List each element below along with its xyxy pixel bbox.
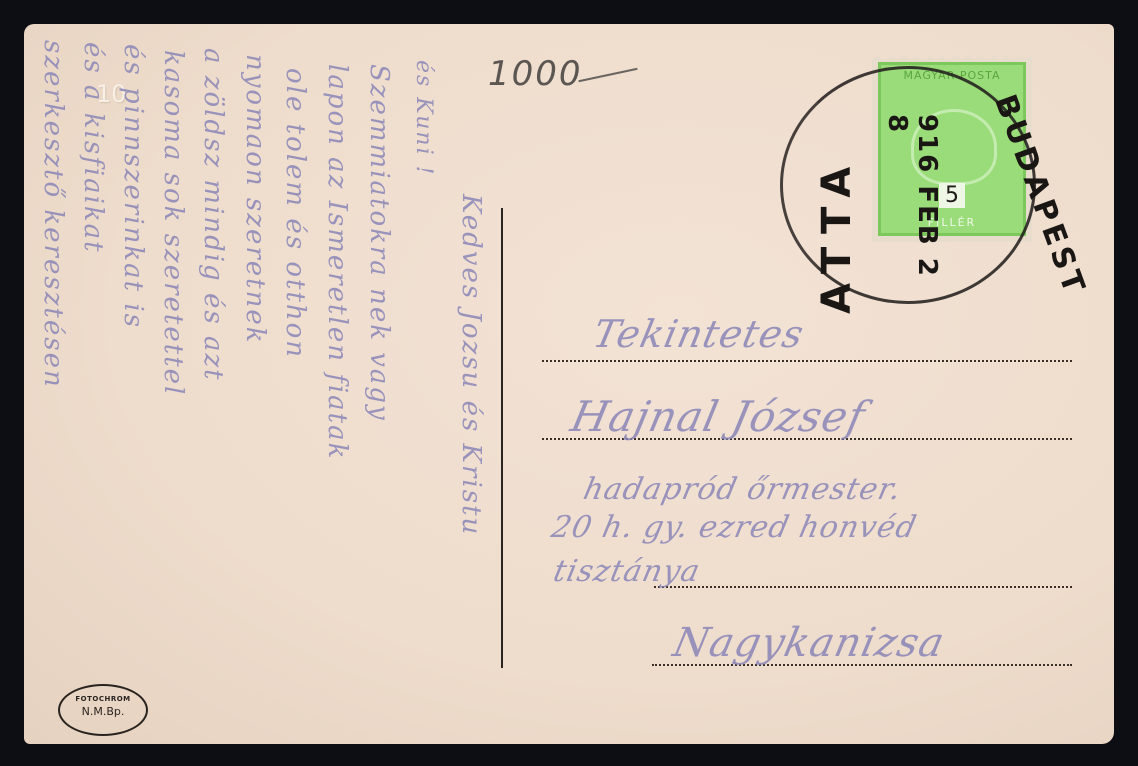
printer-mark-line2: N.M.Bp. bbox=[60, 705, 146, 718]
message-line: és a kisfiaikat bbox=[78, 42, 108, 254]
address-line-rule bbox=[654, 586, 1072, 588]
message-line: és Kuni ! bbox=[411, 60, 436, 176]
message-line: kasoma sok szeretettel bbox=[158, 50, 188, 396]
postmark-left-text: ATTA bbox=[814, 155, 860, 314]
address-unit: 20 h. gy. ezred honvéd bbox=[548, 510, 920, 545]
message-line: lapon az Ismeretlen fiatak bbox=[322, 64, 352, 460]
address-name: Hajnal József bbox=[567, 392, 870, 441]
address-city: Nagykanizsa bbox=[669, 620, 949, 666]
message-line: Szemmiatokra nek vagy bbox=[364, 64, 394, 422]
message-line: a zöldsz mindig és azt bbox=[198, 48, 228, 382]
pencil-annotation: 1000 bbox=[488, 54, 583, 94]
center-divider bbox=[501, 208, 503, 668]
message-line: szerkesztő keresztésen bbox=[38, 40, 68, 389]
message-line: nyomaon szeretnek bbox=[240, 54, 270, 344]
printer-mark: FOTOCHROM N.M.Bp. bbox=[58, 684, 148, 736]
postcard: 10 1000 Kedves Jozsu és Kristu és Kuni !… bbox=[24, 24, 1114, 744]
message-line: Kedves Jozsu és Kristu bbox=[456, 194, 486, 536]
message-line: ole tolem és otthon bbox=[280, 68, 310, 359]
postmark-date: 916 FEB 2 8 bbox=[882, 114, 942, 286]
address-rank: hadapród őrmester. bbox=[580, 472, 904, 507]
printer-mark-line1: FOTOCHROM bbox=[60, 695, 146, 703]
address-detail: tisztánya bbox=[550, 554, 703, 589]
message-line: és pinnszerinkat is bbox=[118, 44, 148, 329]
address-line-rule bbox=[542, 360, 1072, 362]
address-salutation: Tekintetes bbox=[589, 312, 808, 356]
